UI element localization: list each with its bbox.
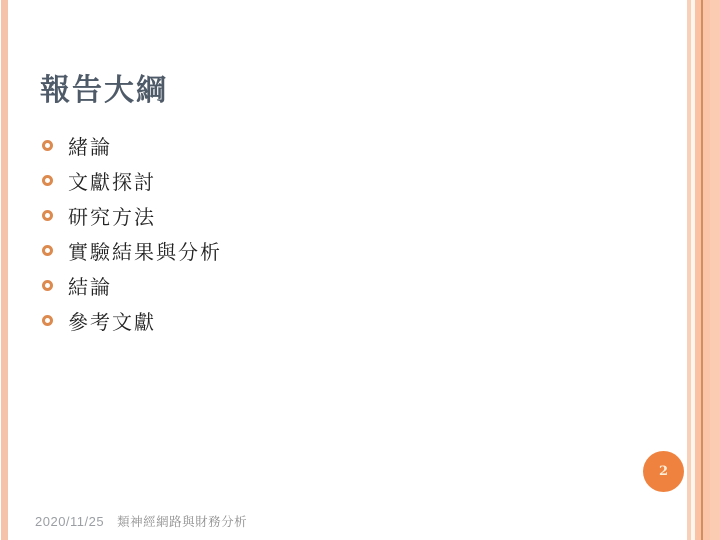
bullet-circle-icon [42, 210, 53, 221]
list-item-label: 結論 [68, 271, 112, 300]
list-item-label: 研究方法 [68, 201, 156, 230]
list-item: 實驗結果與分析 [42, 233, 222, 268]
bullet-circle-icon [42, 245, 53, 256]
page-number-badge: 2 [643, 451, 684, 492]
presentation-slide: 報告大綱 緒論 文獻探討 研究方法 實驗結果與分析 結論 參考文獻 2 [0, 0, 720, 540]
footer-course-title: 類神經網路與財務分析 [117, 512, 247, 530]
bullet-circle-icon [42, 315, 53, 326]
list-item: 文獻探討 [42, 163, 222, 198]
bullet-circle-icon [42, 175, 53, 186]
outline-list: 緒論 文獻探討 研究方法 實驗結果與分析 結論 參考文獻 [42, 128, 222, 338]
slide-title: 報告大綱 [40, 74, 168, 108]
footer-date: 2020/11/25 [35, 514, 104, 529]
list-item-label: 文獻探討 [68, 166, 156, 195]
list-item-label: 實驗結果與分析 [68, 236, 222, 265]
page-number: 2 [659, 464, 668, 479]
right-edge-stripe-6 [710, 0, 720, 540]
left-edge-stripe [1, 0, 8, 540]
list-item-label: 緒論 [68, 131, 112, 160]
list-item: 緒論 [42, 128, 222, 163]
right-edge-stripe-5 [703, 0, 710, 540]
list-item: 結論 [42, 268, 222, 303]
list-item: 參考文獻 [42, 303, 222, 338]
bullet-circle-icon [42, 140, 53, 151]
bullet-circle-icon [42, 280, 53, 291]
list-item: 研究方法 [42, 198, 222, 233]
list-item-label: 參考文獻 [68, 306, 156, 335]
slide-footer: 2020/11/25 類神經網路與財務分析 [35, 512, 247, 530]
